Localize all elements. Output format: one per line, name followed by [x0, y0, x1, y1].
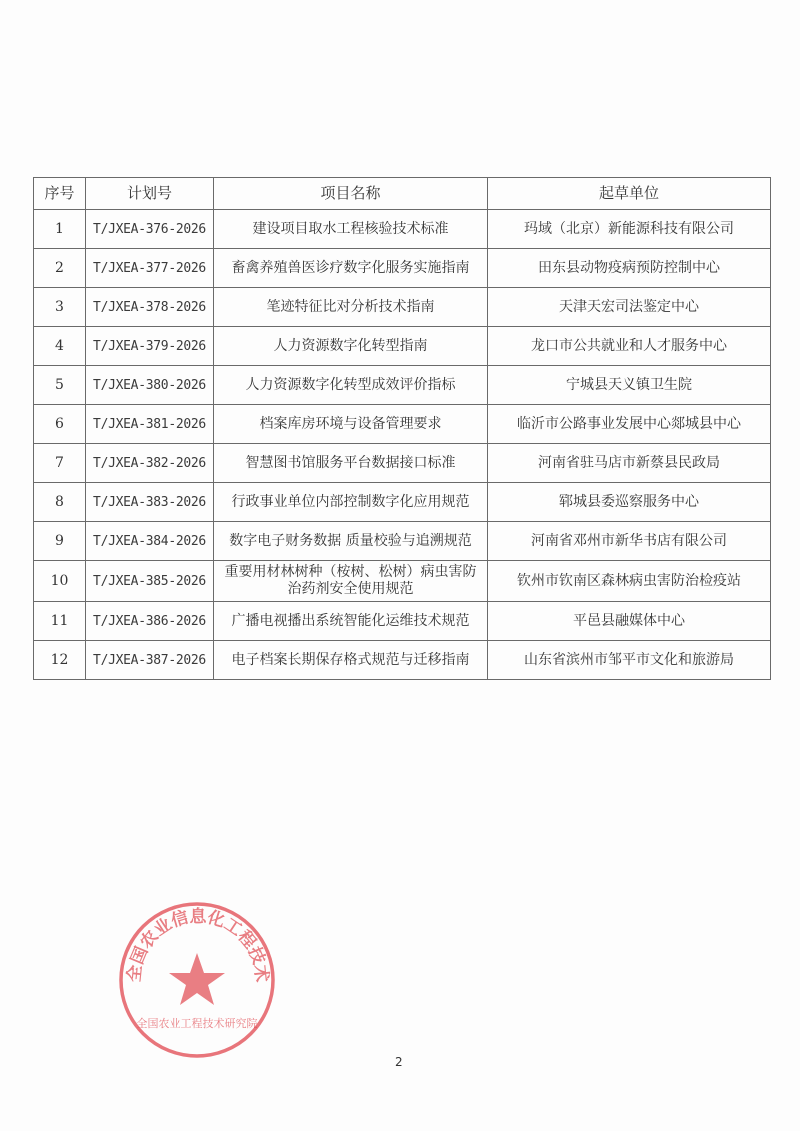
- cell-serial: 9: [34, 522, 86, 561]
- table-row: 9 T/JXEA-384-2026 数字电子财务数据 质量校验与追溯规范 河南省…: [34, 522, 771, 561]
- table-row: 8 T/JXEA-383-2026 行政事业单位内部控制数字化应用规范 郓城县委…: [34, 483, 771, 522]
- star-icon: [169, 953, 225, 1005]
- table-row: 2 T/JXEA-377-2026 畜禽养殖兽医诊疗数字化服务实施指南 田东县动…: [34, 249, 771, 288]
- cell-serial: 6: [34, 405, 86, 444]
- seal-bottom-text: 全国农业工程技术研究院: [137, 1016, 258, 1030]
- header-plan-number: 计划号: [86, 178, 214, 210]
- cell-project-name: 档案库房环境与设备管理要求: [214, 405, 488, 444]
- header-drafting-unit: 起草单位: [488, 178, 771, 210]
- cell-drafting-unit: 钦州市钦南区森林病虫害防治检疫站: [488, 561, 771, 602]
- cell-plan-number: T/JXEA-382-2026: [86, 444, 214, 483]
- table-row: 1 T/JXEA-376-2026 建设项目取水工程核验技术标准 玛域（北京）新…: [34, 210, 771, 249]
- cell-project-name: 行政事业单位内部控制数字化应用规范: [214, 483, 488, 522]
- table-row: 10 T/JXEA-385-2026 重要用材林树种（桉树、松树）病虫害防治药剂…: [34, 561, 771, 602]
- cell-serial: 8: [34, 483, 86, 522]
- cell-serial: 1: [34, 210, 86, 249]
- cell-plan-number: T/JXEA-384-2026: [86, 522, 214, 561]
- standards-plan-table: 序号 计划号 项目名称 起草单位 1 T/JXEA-376-2026 建设项目取…: [33, 177, 771, 680]
- cell-drafting-unit: 河南省邓州市新华书店有限公司: [488, 522, 771, 561]
- cell-plan-number: T/JXEA-383-2026: [86, 483, 214, 522]
- header-serial: 序号: [34, 178, 86, 210]
- cell-plan-number: T/JXEA-386-2026: [86, 602, 214, 641]
- cell-plan-number: T/JXEA-378-2026: [86, 288, 214, 327]
- table-row: 11 T/JXEA-386-2026 广播电视播出系统智能化运维技术规范 平邑县…: [34, 602, 771, 641]
- cell-project-name: 畜禽养殖兽医诊疗数字化服务实施指南: [214, 249, 488, 288]
- cell-serial: 4: [34, 327, 86, 366]
- cell-project-name: 重要用材林树种（桉树、松树）病虫害防治药剂安全使用规范: [214, 561, 488, 602]
- cell-project-name: 电子档案长期保存格式规范与迁移指南: [214, 641, 488, 680]
- cell-serial: 12: [34, 641, 86, 680]
- cell-drafting-unit: 龙口市公共就业和人才服务中心: [488, 327, 771, 366]
- table-row: 4 T/JXEA-379-2026 人力资源数字化转型指南 龙口市公共就业和人才…: [34, 327, 771, 366]
- cell-project-name: 智慧图书馆服务平台数据接口标准: [214, 444, 488, 483]
- cell-plan-number: T/JXEA-385-2026: [86, 561, 214, 602]
- table-row: 3 T/JXEA-378-2026 笔迹特征比对分析技术指南 天津天宏司法鉴定中…: [34, 288, 771, 327]
- seal-stamp-icon: 全国农业信息化工程技术 全国农业工程技术研究院: [112, 895, 282, 1065]
- cell-project-name: 人力资源数字化转型指南: [214, 327, 488, 366]
- document-page: 序号 计划号 项目名称 起草单位 1 T/JXEA-376-2026 建设项目取…: [0, 0, 800, 1131]
- cell-serial: 5: [34, 366, 86, 405]
- cell-serial: 2: [34, 249, 86, 288]
- cell-project-name: 数字电子财务数据 质量校验与追溯规范: [214, 522, 488, 561]
- cell-plan-number: T/JXEA-377-2026: [86, 249, 214, 288]
- table-row: 5 T/JXEA-380-2026 人力资源数字化转型成效评价指标 宁城县天义镇…: [34, 366, 771, 405]
- cell-project-name: 人力资源数字化转型成效评价指标: [214, 366, 488, 405]
- cell-drafting-unit: 玛域（北京）新能源科技有限公司: [488, 210, 771, 249]
- header-project-name: 项目名称: [214, 178, 488, 210]
- cell-drafting-unit: 河南省驻马店市新蔡县民政局: [488, 444, 771, 483]
- official-seal: 全国农业信息化工程技术 全国农业工程技术研究院: [112, 895, 282, 1065]
- cell-plan-number: T/JXEA-387-2026: [86, 641, 214, 680]
- cell-serial: 3: [34, 288, 86, 327]
- cell-project-name: 笔迹特征比对分析技术指南: [214, 288, 488, 327]
- table-header-row: 序号 计划号 项目名称 起草单位: [34, 178, 771, 210]
- cell-plan-number: T/JXEA-380-2026: [86, 366, 214, 405]
- cell-drafting-unit: 宁城县天义镇卫生院: [488, 366, 771, 405]
- cell-serial: 7: [34, 444, 86, 483]
- cell-project-name: 建设项目取水工程核验技术标准: [214, 210, 488, 249]
- cell-drafting-unit: 田东县动物疫病预防控制中心: [488, 249, 771, 288]
- cell-serial: 11: [34, 602, 86, 641]
- cell-drafting-unit: 平邑县融媒体中心: [488, 602, 771, 641]
- table-row: 12 T/JXEA-387-2026 电子档案长期保存格式规范与迁移指南 山东省…: [34, 641, 771, 680]
- cell-drafting-unit: 郓城县委巡察服务中心: [488, 483, 771, 522]
- table-row: 6 T/JXEA-381-2026 档案库房环境与设备管理要求 临沂市公路事业发…: [34, 405, 771, 444]
- cell-drafting-unit: 天津天宏司法鉴定中心: [488, 288, 771, 327]
- page-number: 2: [395, 1055, 403, 1069]
- cell-serial: 10: [34, 561, 86, 602]
- cell-plan-number: T/JXEA-379-2026: [86, 327, 214, 366]
- cell-drafting-unit: 临沂市公路事业发展中心郯城县中心: [488, 405, 771, 444]
- cell-plan-number: T/JXEA-381-2026: [86, 405, 214, 444]
- table-row: 7 T/JXEA-382-2026 智慧图书馆服务平台数据接口标准 河南省驻马店…: [34, 444, 771, 483]
- cell-drafting-unit: 山东省滨州市邹平市文化和旅游局: [488, 641, 771, 680]
- cell-project-name: 广播电视播出系统智能化运维技术规范: [214, 602, 488, 641]
- cell-plan-number: T/JXEA-376-2026: [86, 210, 214, 249]
